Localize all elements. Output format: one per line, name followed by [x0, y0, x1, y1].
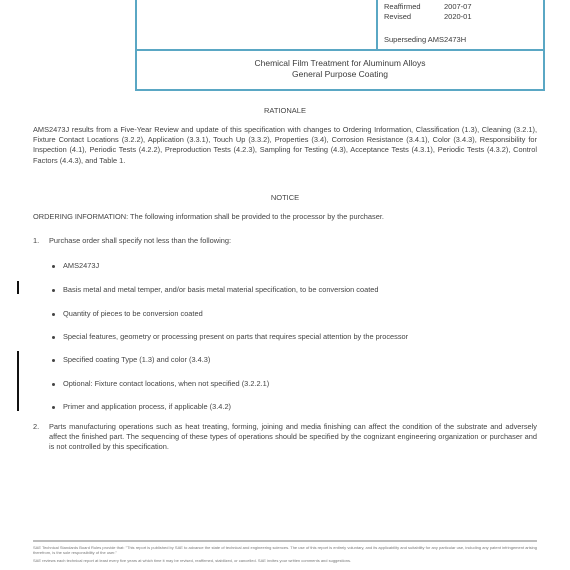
item-number: 2.: [33, 422, 49, 453]
bullet-icon: [52, 265, 55, 268]
bullet-icon: [52, 313, 55, 316]
revised-row: Revised 2020-01: [384, 12, 472, 21]
notice-heading: NOTICE: [0, 193, 570, 202]
bullet-item: Specified coating Type (1.3) and color (…: [63, 355, 210, 364]
reaffirmed-label: Reaffirmed: [384, 2, 444, 11]
bullet-item: AMS2473J: [63, 261, 99, 270]
title-line-2: General Purpose Coating: [137, 69, 543, 80]
document-page: Reaffirmed 2007-07 Revised 2020-01 Super…: [0, 0, 570, 570]
bullet-icon: [52, 383, 55, 386]
bullet-item: Optional: Fixture contact locations, whe…: [63, 379, 269, 388]
bullet-item: Quantity of pieces to be conversion coat…: [63, 309, 203, 318]
bullet-icon: [52, 289, 55, 292]
item-text: Purchase order shall specify not less th…: [49, 236, 537, 246]
reaffirmed-date: 2007-07: [444, 2, 472, 11]
numbered-item-2: 2. Parts manufacturing operations such a…: [33, 422, 537, 453]
revised-date: 2020-01: [444, 12, 472, 21]
footer-review-notice: SAE reviews each technical report at lea…: [33, 558, 537, 563]
bullet-icon: [52, 406, 55, 409]
rationale-heading: RATIONALE: [0, 106, 570, 115]
revision-info: Reaffirmed 2007-07 Revised 2020-01 Super…: [376, 0, 543, 49]
change-bar: [17, 351, 19, 411]
revised-label: Revised: [384, 12, 444, 21]
header-top-row: Reaffirmed 2007-07 Revised 2020-01 Super…: [137, 0, 543, 51]
title-line-1: Chemical Film Treatment for Aluminum All…: [137, 58, 543, 69]
bullet-icon: [52, 336, 55, 339]
footer-divider: [33, 540, 537, 542]
superseding-text: Superseding AMS2473H: [384, 35, 466, 44]
superseding-row: Superseding AMS2473H: [384, 35, 466, 44]
item-number: 1.: [33, 236, 49, 246]
bullet-icon: [52, 359, 55, 362]
footer-disclaimer: SAE Technical Standards Board Rules prov…: [33, 545, 537, 555]
bullet-item: Special features, geometry or processing…: [63, 332, 408, 341]
rationale-text: AMS2473J results from a Five-Year Review…: [33, 125, 537, 166]
bullet-item: Basis metal and metal temper, and/or bas…: [63, 285, 379, 294]
change-bar: [17, 281, 19, 294]
item-text: Parts manufacturing operations such as h…: [49, 422, 537, 453]
document-title: Chemical Film Treatment for Aluminum All…: [137, 51, 543, 89]
numbered-item-1: 1. Purchase order shall specify not less…: [33, 236, 537, 246]
reaffirmed-row: Reaffirmed 2007-07: [384, 2, 472, 11]
bullet-item: Primer and application process, if appli…: [63, 402, 231, 411]
spec-header-box: Reaffirmed 2007-07 Revised 2020-01 Super…: [135, 0, 545, 91]
ordering-information: ORDERING INFORMATION: The following info…: [33, 212, 537, 222]
